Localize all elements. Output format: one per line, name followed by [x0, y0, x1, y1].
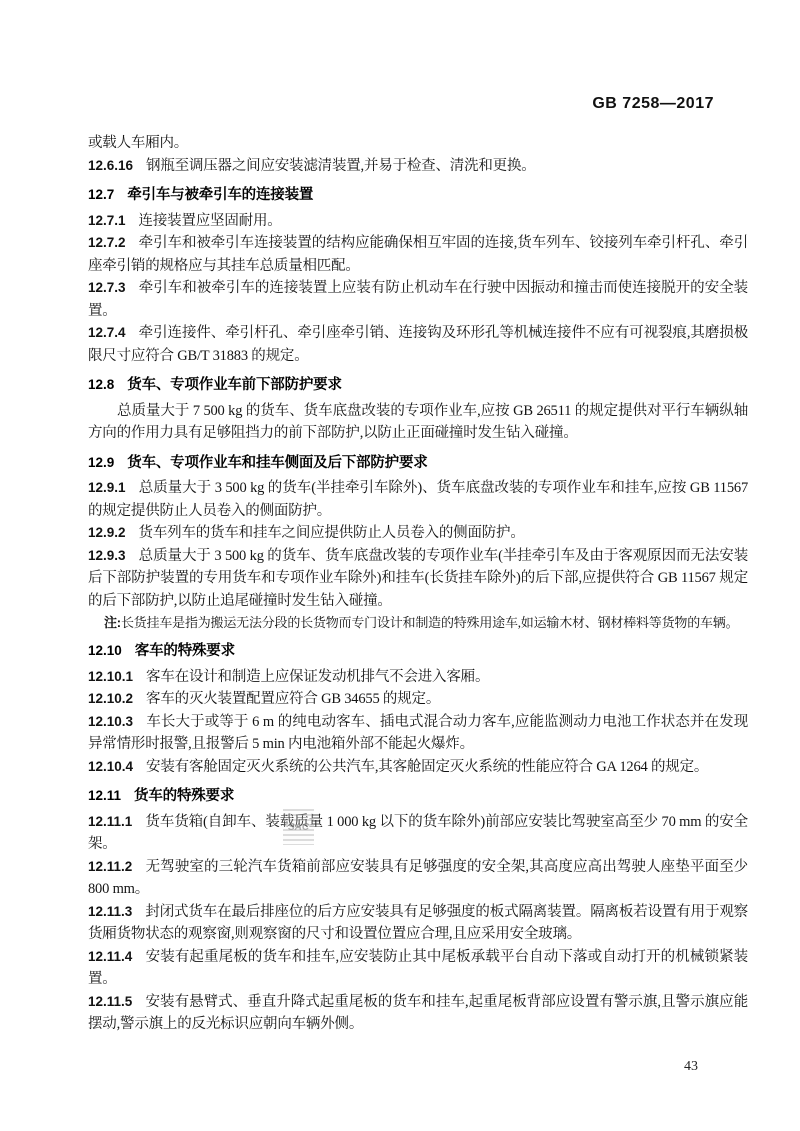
clause-number: 12.6.16	[88, 158, 133, 173]
clause-text: 牵引连接件、牵引杆孔、牵引座牵引销、连接钩及环形孔等机械连接件不应有可视裂痕,其…	[88, 325, 748, 364]
clause-text: 客车在设计和制造上应保证发动机排气不会进入客厢。	[146, 669, 489, 685]
clause-12-11-4: 12.11.4安装有起重尾板的货车和挂车,应安装防止其中尾板承载平台自动下落或自…	[88, 946, 748, 991]
clause-number: 12.9.2	[88, 525, 126, 540]
note-12-9: 注:长货挂车是指为搬运无法分段的长货物而专门设计和制造的特殊用途车,如运输木材、…	[104, 612, 748, 633]
carryover-paragraph: 或载人车厢内。	[88, 132, 748, 155]
section-heading-12-7: 12.7牵引车与被牵引车的连接装置	[88, 184, 748, 207]
clause-text: 钢瓶至调压器之间应安装滤清装置,并易于检查、清洗和更换。	[146, 158, 536, 174]
section-heading-12-9: 12.9货车、专项作业车和挂车侧面及后下部防护要求	[88, 452, 748, 475]
clause-text: 牵引车和被牵引车连接装置的结构应能确保相互牢固的连接,货车列车、铰接列车牵引杆孔…	[88, 235, 748, 274]
clause-12-6-16: 12.6.16钢瓶至调压器之间应安装滤清装置,并易于检查、清洗和更换。	[88, 155, 748, 178]
scanned-standard-page: GB 7258—2017 或载人车厢内。 12.6.16钢瓶至调压器之间应安装滤…	[0, 0, 800, 1131]
clause-12-11-5: 12.11.5安装有悬臂式、垂直升降式起重尾板的货车和挂车,起重尾板背部应设置有…	[88, 991, 748, 1036]
section-title: 货车的特殊要求	[134, 788, 234, 804]
page-number: 43	[684, 1059, 698, 1075]
clause-text: 安装有悬臂式、垂直升降式起重尾板的货车和挂车,起重尾板背部应设置有警示旗,且警示…	[88, 994, 748, 1033]
clause-12-9-2: 12.9.2货车列车的货车和挂车之间应提供防止人员卷入的侧面防护。	[88, 522, 748, 545]
clause-number: 12.7.1	[88, 213, 126, 228]
clause-text: 连接装置应坚固耐用。	[139, 213, 282, 229]
clause-12-10-2: 12.10.2客车的灭火装置配置应符合 GB 34655 的规定。	[88, 688, 748, 711]
section-heading-12-10: 12.10客车的特殊要求	[88, 640, 748, 663]
clause-number: 12.11.4	[88, 949, 132, 964]
clause-12-10-3: 12.10.3车长大于或等于 6 m 的纯电动客车、插电式混合动力客车,应能监测…	[88, 711, 748, 756]
clause-number: 12.7.4	[88, 325, 126, 340]
clause-text: 无驾驶室的三轮汽车货箱前部应安装具有足够强度的安全架,其高度应高出驾驶人座垫平面…	[88, 859, 748, 898]
clause-12-11-3: 12.11.3封闭式货车在最后排座位的后方应安装具有足够强度的板式隔离装置。隔离…	[88, 901, 748, 946]
paragraph-12-8: 总质量大于 7 500 kg 的货车、货车底盘改装的专项作业车,应按 GB 26…	[88, 400, 748, 445]
clause-number: 12.9.1	[88, 480, 126, 495]
section-number: 12.11	[88, 788, 121, 803]
clause-text: 客车的灭火装置配置应符合 GB 34655 的规定。	[146, 691, 440, 707]
clause-text: 安装有起重尾板的货车和挂车,应安装防止其中尾板承载平台自动下落或自动打开的机械锁…	[88, 949, 748, 988]
section-heading-12-11: 12.11货车的特殊要求	[88, 785, 748, 808]
clause-text: 总质量大于 3 500 kg 的货车、货车底盘改装的专项作业车(半挂牵引车及由于…	[88, 548, 748, 609]
clause-12-11-1: 12.11.1货车货箱(自卸车、装载质量 1 000 kg 以下的货车除外)前部…	[88, 811, 748, 856]
clause-number: 12.11.3	[88, 904, 132, 919]
section-heading-12-8: 12.8货车、专项作业车前下部防护要求	[88, 374, 748, 397]
clause-number: 12.10.1	[88, 669, 133, 684]
clause-12-9-1: 12.9.1总质量大于 3 500 kg 的货车(半挂牵引车除外)、货车底盘改装…	[88, 477, 748, 522]
clause-number: 12.10.3	[88, 714, 133, 729]
clause-text: 总质量大于 3 500 kg 的货车(半挂牵引车除外)、货车底盘改装的专项作业车…	[88, 480, 748, 519]
section-number: 12.8	[88, 377, 114, 392]
clause-12-7-1: 12.7.1连接装置应坚固耐用。	[88, 210, 748, 233]
clause-12-7-3: 12.7.3牵引车和被牵引车的连接装置上应装有防止机动车在行驶中因振动和撞击而使…	[88, 277, 748, 322]
clause-12-9-3: 12.9.3总质量大于 3 500 kg 的货车、货车底盘改装的专项作业车(半挂…	[88, 545, 748, 613]
clause-text: 货车货箱(自卸车、装载质量 1 000 kg 以下的货车除外)前部应安装比驾驶室…	[88, 814, 748, 853]
clause-text: 牵引车和被牵引车的连接装置上应装有防止机动车在行驶中因振动和撞击而使连接脱开的安…	[88, 280, 748, 319]
clause-number: 12.11.1	[88, 814, 132, 829]
clause-number: 12.11.2	[88, 859, 132, 874]
section-title: 货车、专项作业车前下部防护要求	[127, 377, 342, 393]
clause-number: 12.9.3	[88, 548, 126, 563]
section-title: 牵引车与被牵引车的连接装置	[127, 187, 313, 203]
section-number: 12.9	[88, 455, 114, 470]
note-text: 长货挂车是指为搬运无法分段的长货物而专门设计和制造的特殊用途车,如运输木材、钢材…	[121, 615, 738, 630]
clause-text: 安装有客舱固定灭火系统的公共汽车,其客舱固定灭火系统的性能应符合 GA 1264…	[146, 759, 708, 775]
clause-text: 封闭式货车在最后排座位的后方应安装具有足够强度的板式隔离装置。隔离板若设置有用于…	[88, 904, 748, 943]
clause-12-10-1: 12.10.1客车在设计和制造上应保证发动机排气不会进入客厢。	[88, 666, 748, 689]
clause-number: 12.11.5	[88, 994, 132, 1009]
clause-number: 12.10.2	[88, 691, 133, 706]
clause-text: 车长大于或等于 6 m 的纯电动客车、插电式混合动力客车,应能监测动力电池工作状…	[88, 714, 748, 753]
section-title: 货车、专项作业车和挂车侧面及后下部防护要求	[127, 455, 427, 471]
section-title: 客车的特殊要求	[135, 643, 235, 659]
clause-text: 货车列车的货车和挂车之间应提供防止人员卷入的侧面防护。	[139, 525, 525, 541]
section-number: 12.10	[88, 643, 122, 658]
clause-12-7-2: 12.7.2牵引车和被牵引车连接装置的结构应能确保相互牢固的连接,货车列车、铰接…	[88, 232, 748, 277]
section-number: 12.7	[88, 187, 114, 202]
page-body: 或载人车厢内。 12.6.16钢瓶至调压器之间应安装滤清装置,并易于检查、清洗和…	[88, 132, 748, 1036]
clause-12-10-4: 12.10.4安装有客舱固定灭火系统的公共汽车,其客舱固定灭火系统的性能应符合 …	[88, 756, 748, 779]
clause-12-7-4: 12.7.4牵引连接件、牵引杆孔、牵引座牵引销、连接钩及环形孔等机械连接件不应有…	[88, 322, 748, 367]
clause-12-11-2: 12.11.2无驾驶室的三轮汽车货箱前部应安装具有足够强度的安全架,其高度应高出…	[88, 856, 748, 901]
running-header-doc-code: GB 7258—2017	[592, 95, 714, 113]
clause-number: 12.7.3	[88, 280, 126, 295]
clause-number: 12.10.4	[88, 759, 133, 774]
clause-number: 12.7.2	[88, 235, 126, 250]
note-label: 注:	[104, 615, 121, 630]
